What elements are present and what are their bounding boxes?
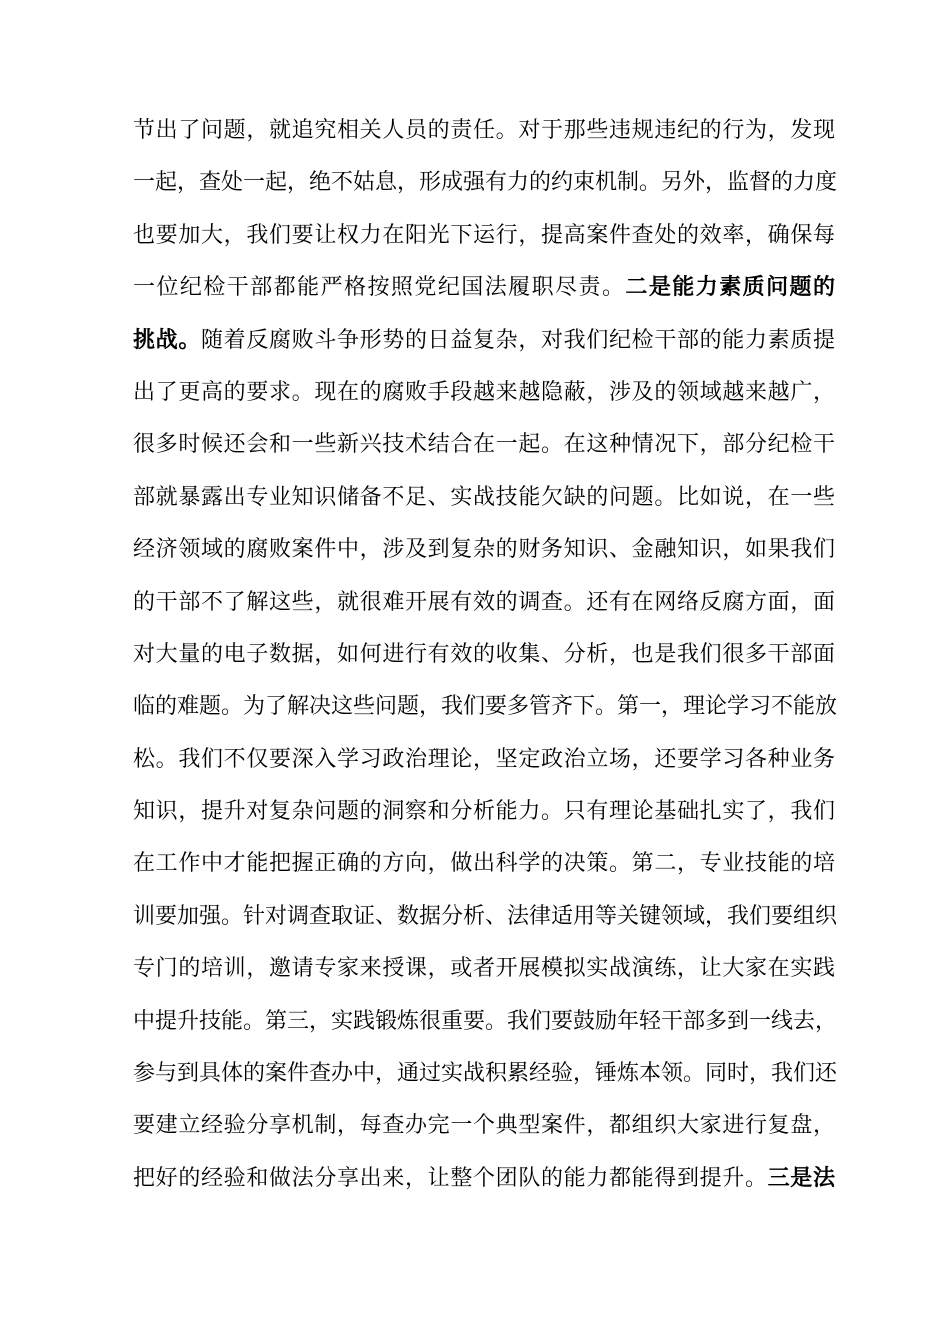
text-run: 随着反腐败斗争形势的日益复杂，对我们纪检干部的能力素质提 bbox=[201, 327, 835, 352]
bold-text-run: 二是能力素质问题的 bbox=[625, 274, 835, 299]
bold-text-run: 挑战。 bbox=[133, 327, 201, 352]
text-line: 的干部不了解这些，就很难开展有效的调查。还有在网络反腐方面，面 bbox=[133, 576, 835, 628]
text-line: 也要加大，我们要让权力在阳光下运行，提高案件查处的效率，确保每 bbox=[133, 209, 835, 261]
text-line: 把好的经验和做法分享出来，让整个团队的能力都能得到提升。三是法 bbox=[133, 1152, 835, 1204]
text-run: 很多时候还会和一些新兴技术结合在一起。在这种情况下，部分纪检干 bbox=[133, 431, 835, 456]
bold-text-run: 三是法 bbox=[768, 1165, 835, 1190]
text-run: 一起，查处一起，绝不姑息，形成强有力的约束机制。另外，监督的力度 bbox=[133, 169, 837, 194]
text-run: 专门的培训，邀请专家来授课，或者开展模拟实战演练，让大家在实践 bbox=[133, 955, 835, 980]
text-line: 在工作中才能把握正确的方向，做出科学的决策。第二，专业技能的培 bbox=[133, 837, 835, 889]
text-line: 临的难题。为了解决这些问题，我们要多管齐下。第一，理论学习不能放 bbox=[133, 680, 835, 732]
text-run: 部就暴露出专业知识储备不足、实战技能欠缺的问题。比如说，在一些 bbox=[133, 484, 835, 509]
text-line: 训要加强。针对调查取证、数据分析、法律适用等关键领域，我们要组织 bbox=[133, 890, 835, 942]
text-run: 知识，提升对复杂问题的洞察和分析能力。只有理论基础扎实了，我们 bbox=[133, 798, 835, 823]
text-run: 一位纪检干部都能严格按照党纪国法履职尽责。 bbox=[133, 274, 625, 299]
text-run: 经济领域的腐败案件中，涉及到复杂的财务知识、金融知识，如果我们 bbox=[133, 536, 835, 561]
text-block: 节出了问题，就追究相关人员的责任。对于那些违规违纪的行为，发现一起，查处一起，绝… bbox=[133, 104, 835, 1204]
text-run: 临的难题。为了解决这些问题，我们要多管齐下。第一，理论学习不能放 bbox=[133, 693, 837, 718]
text-run: 松。我们不仅要深入学习政治理论，坚定政治立场，还要学习各种业务 bbox=[133, 746, 835, 771]
text-line: 很多时候还会和一些新兴技术结合在一起。在这种情况下，部分纪检干 bbox=[133, 418, 835, 470]
text-line: 参与到具体的案件查办中，通过实战积累经验，锤炼本领。同时，我们还 bbox=[133, 1047, 835, 1099]
text-line: 知识，提升对复杂问题的洞察和分析能力。只有理论基础扎实了，我们 bbox=[133, 785, 835, 837]
text-line: 中提升技能。第三，实践锻炼很重要。我们要鼓励年轻干部多到一线去， bbox=[133, 995, 835, 1047]
text-line: 松。我们不仅要深入学习政治理论，坚定政治立场，还要学习各种业务 bbox=[133, 733, 835, 785]
text-line: 对大量的电子数据，如何进行有效的收集、分析，也是我们很多干部面 bbox=[133, 628, 835, 680]
text-line: 挑战。随着反腐败斗争形势的日益复杂，对我们纪检干部的能力素质提 bbox=[133, 314, 835, 366]
text-run: 训要加强。针对调查取证、数据分析、法律适用等关键领域，我们要组织 bbox=[133, 903, 837, 928]
text-run: 的干部不了解这些，就很难开展有效的调查。还有在网络反腐方面，面 bbox=[133, 589, 835, 614]
text-run: 中提升技能。第三，实践锻炼很重要。我们要鼓励年轻干部多到一线去， bbox=[133, 1008, 837, 1033]
text-run: 要建立经验分享机制，每查办完一个典型案件，都组织大家进行复盘， bbox=[133, 1112, 835, 1137]
text-line: 部就暴露出专业知识储备不足、实战技能欠缺的问题。比如说，在一些 bbox=[133, 471, 835, 523]
text-run: 参与到具体的案件查办中，通过实战积累经验，锤炼本领。同时，我们还 bbox=[133, 1060, 837, 1085]
text-line: 专门的培训，邀请专家来授课，或者开展模拟实战演练，让大家在实践 bbox=[133, 942, 835, 994]
text-line: 出了更高的要求。现在的腐败手段越来越隐蔽，涉及的领域越来越广， bbox=[133, 366, 835, 418]
text-run: 节出了问题，就追究相关人员的责任。对于那些违规违纪的行为，发现 bbox=[133, 117, 835, 142]
text-line: 一起，查处一起，绝不姑息，形成强有力的约束机制。另外，监督的力度 bbox=[133, 156, 835, 208]
text-run: 把好的经验和做法分享出来，让整个团队的能力都能得到提升。 bbox=[133, 1165, 768, 1190]
text-line: 经济领域的腐败案件中，涉及到复杂的财务知识、金融知识，如果我们 bbox=[133, 523, 835, 575]
text-run: 对大量的电子数据，如何进行有效的收集、分析，也是我们很多干部面 bbox=[133, 641, 835, 666]
text-run: 在工作中才能把握正确的方向，做出科学的决策。第二，专业技能的培 bbox=[133, 850, 835, 875]
text-run: 出了更高的要求。现在的腐败手段越来越隐蔽，涉及的领域越来越广， bbox=[133, 379, 835, 404]
document-page: 节出了问题，就追究相关人员的责任。对于那些违规违纪的行为，发现一起，查处一起，绝… bbox=[0, 0, 950, 1344]
text-line: 一位纪检干部都能严格按照党纪国法履职尽责。二是能力素质问题的 bbox=[133, 261, 835, 313]
text-run: 也要加大，我们要让权力在阳光下运行，提高案件查处的效率，确保每 bbox=[133, 222, 835, 247]
text-line: 节出了问题，就追究相关人员的责任。对于那些违规违纪的行为，发现 bbox=[133, 104, 835, 156]
text-line: 要建立经验分享机制，每查办完一个典型案件，都组织大家进行复盘， bbox=[133, 1099, 835, 1151]
